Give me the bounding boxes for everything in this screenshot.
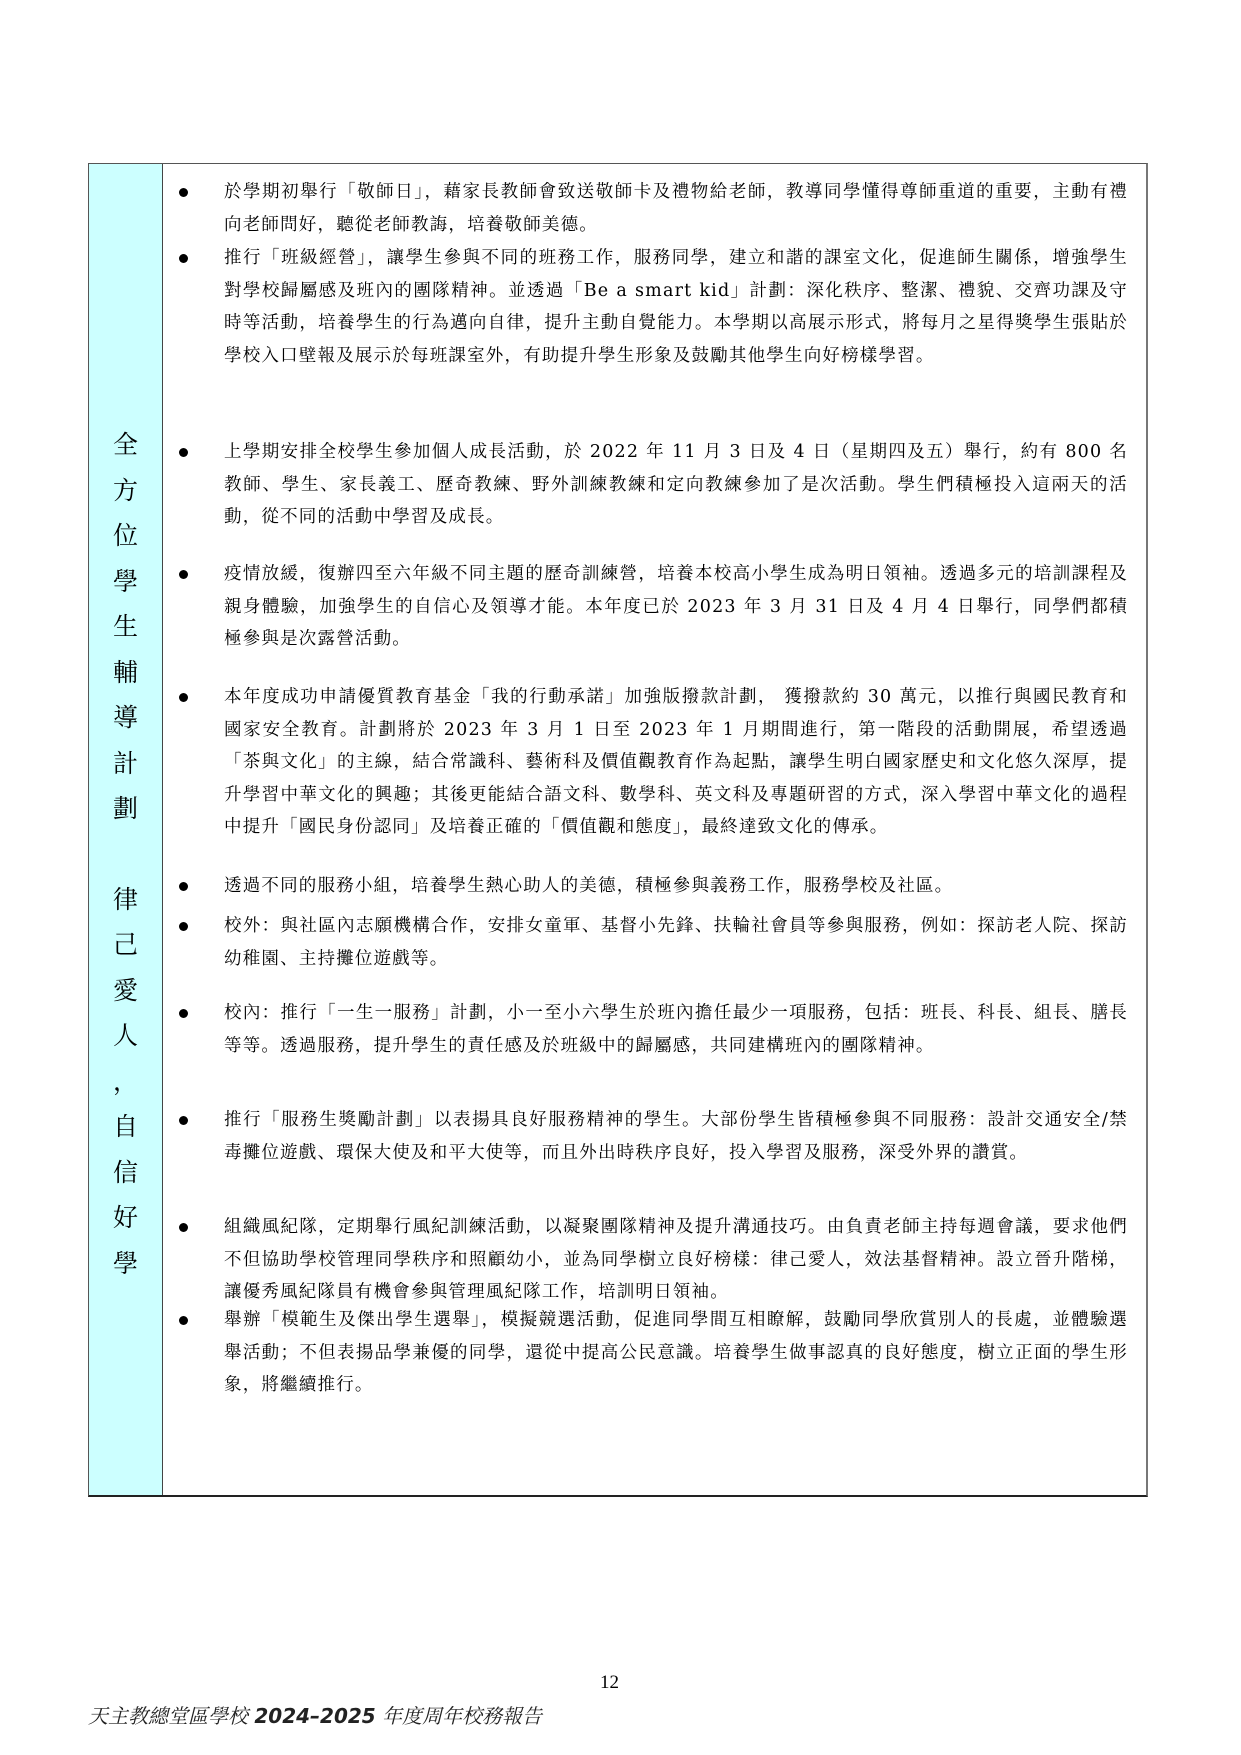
bullet-icon: [179, 1316, 188, 1325]
section-title-cell: 全方位學生輔導計劃律己愛人，自信好學: [89, 164, 163, 1495]
footer-school: 天主教總堂區學校: [88, 1704, 254, 1728]
list-item-text: 舉辦「模範生及傑出學生選舉」，模擬競選活動，促進同學間互相瞭解，鼓勵同學欣賞別人…: [224, 1304, 1128, 1402]
title-char: 計: [113, 741, 138, 787]
bullet-icon: [179, 254, 188, 263]
title-char: 劃: [113, 786, 138, 832]
list-item: 於學期初舉行「敬師日」，藉家長教師會致送敬師卡及禮物給老師，教導同學懂得尊師重道…: [163, 176, 1146, 241]
list-item-text: 推行「班級經營」，讓學生參與不同的班務工作，服務同學，建立和諧的課室文化，促進師…: [224, 242, 1128, 372]
list-item: 校內：推行「一生一服務」計劃，小一至小六學生於班內擔任最少一項服務，包括：班長、…: [163, 997, 1146, 1062]
list-item-text: 本年度成功申請優質教育基金「我的行動承諾」加強版撥款計劃， 獲撥款約 30 萬元…: [224, 681, 1128, 844]
list-item-text: 組織風紀隊，定期舉行風紀訓練活動，以凝聚團隊精神及提升溝通技巧。由負責老師主持每…: [224, 1211, 1128, 1309]
title-char: 生: [113, 604, 138, 650]
list-item: 上學期安排全校學生參加個人成長活動，於 2022 年 11 月 3 日及 4 日…: [163, 436, 1146, 534]
footer: 天主教總堂區學校 2024–2025 年度周年校務報告: [88, 1700, 542, 1729]
list-item-text: 疫情放緩，復辦四至六年級不同主題的歷奇訓練營，培養本校高小學生成為明日領袖。透過…: [224, 558, 1128, 656]
title-char: 自: [113, 1104, 138, 1150]
list-item-text: 校外：與社區內志願機構合作，安排女童軍、基督小先鋒、扶輪社會員等參與服務，例如：…: [224, 910, 1128, 975]
footer-years: 2024–2025: [254, 1704, 375, 1728]
title-char: 學: [113, 559, 138, 605]
list-item: 本年度成功申請優質教育基金「我的行動承諾」加強版撥款計劃， 獲撥款約 30 萬元…: [163, 681, 1146, 844]
list-item: 推行「服務生獎勵計劃」以表揚具良好服務精神的學生。大部份學生皆積極參與不同服務：…: [163, 1104, 1146, 1169]
bullet-icon: [179, 188, 188, 197]
title-char: 律: [113, 877, 138, 923]
bullet-icon: [179, 922, 188, 931]
bullet-icon: [179, 1116, 188, 1125]
list-item-text: 透過不同的服務小組，培養學生熱心助人的美德，積極參與義務工作，服務學校及社區。: [224, 870, 1128, 903]
title-char: 導: [113, 695, 138, 741]
list-item: 舉辦「模範生及傑出學生選舉」，模擬競選活動，促進同學間互相瞭解，鼓勵同學欣賞別人…: [163, 1304, 1146, 1402]
list-item: 疫情放緩，復辦四至六年級不同主題的歷奇訓練營，培養本校高小學生成為明日領袖。透過…: [163, 558, 1146, 656]
bullet-icon: [179, 1009, 188, 1018]
title-char: 全: [113, 422, 138, 468]
list-item-text: 上學期安排全校學生參加個人成長活動，於 2022 年 11 月 3 日及 4 日…: [224, 436, 1128, 534]
list-item: 推行「班級經營」，讓學生參與不同的班務工作，服務同學，建立和諧的課室文化，促進師…: [163, 242, 1146, 372]
section-title: 全方位學生輔導計劃律己愛人，自信好學: [89, 422, 162, 1286]
title-char: 輔: [113, 650, 138, 696]
bullet-icon: [179, 882, 188, 891]
list-item-text: 推行「服務生獎勵計劃」以表揚具良好服務精神的學生。大部份學生皆積極參與不同服務：…: [224, 1104, 1128, 1169]
content-table: 全方位學生輔導計劃律己愛人，自信好學 於學期初舉行「敬師日」，藉家長教師會致送敬…: [88, 163, 1148, 1497]
title-char: 己: [113, 922, 138, 968]
list-item-text: 校內：推行「一生一服務」計劃，小一至小六學生於班內擔任最少一項服務，包括：班長、…: [224, 997, 1128, 1062]
list-item-text: 於學期初舉行「敬師日」，藉家長教師會致送敬師卡及禮物給老師，教導同學懂得尊師重道…: [224, 176, 1128, 241]
title-char: 信: [113, 1150, 138, 1196]
bullet-icon: [179, 693, 188, 702]
bullet-list: 於學期初舉行「敬師日」，藉家長教師會致送敬師卡及禮物給老師，教導同學懂得尊師重道…: [163, 164, 1146, 1495]
page-number: 12: [600, 1672, 619, 1694]
title-char: 愛: [113, 968, 138, 1014]
bullet-icon: [179, 1223, 188, 1232]
title-char: 位: [113, 513, 138, 559]
title-char: 方: [113, 468, 138, 514]
bullet-icon: [179, 448, 188, 457]
title-char: 人: [113, 1013, 138, 1059]
title-char: ，: [113, 1059, 138, 1105]
list-item: 組織風紀隊，定期舉行風紀訓練活動，以凝聚團隊精神及提升溝通技巧。由負責老師主持每…: [163, 1211, 1146, 1309]
title-char: 學: [113, 1241, 138, 1287]
list-item: 透過不同的服務小組，培養學生熱心助人的美德，積極參與義務工作，服務學校及社區。: [163, 870, 1146, 903]
bullet-icon: [179, 570, 188, 579]
list-item: 校外：與社區內志願機構合作，安排女童軍、基督小先鋒、扶輪社會員等參與服務，例如：…: [163, 910, 1146, 975]
title-char: 好: [113, 1195, 138, 1241]
footer-suffix: 年度周年校務報告: [376, 1704, 542, 1728]
